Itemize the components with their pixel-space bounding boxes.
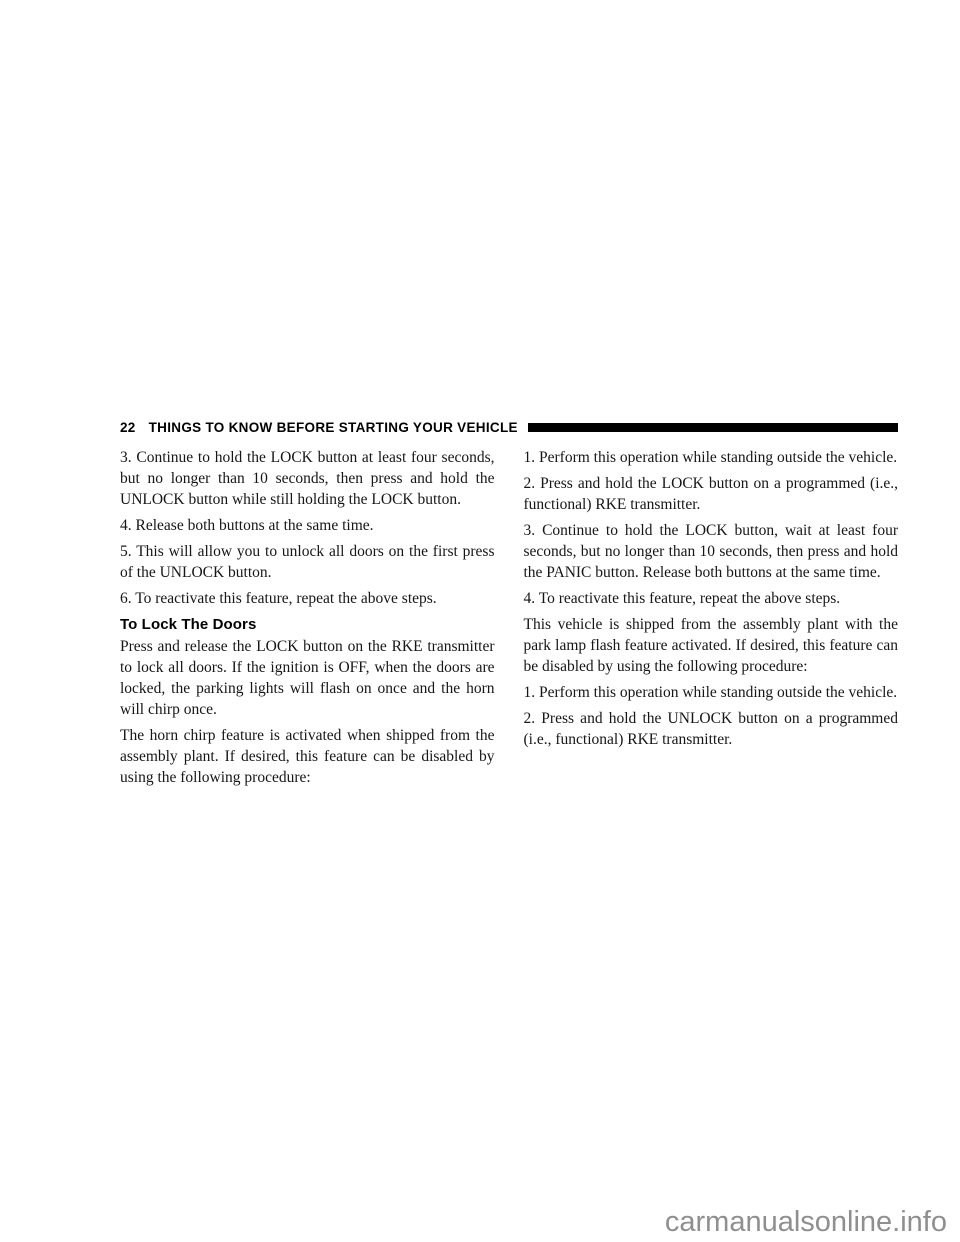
- procedure-step: 3. Continue to hold the LOCK button, wai…: [524, 520, 899, 583]
- header-rule-bar: [528, 423, 898, 432]
- procedure-step: 2. Press and hold the LOCK button on a p…: [524, 473, 899, 515]
- page-number: 22: [120, 420, 136, 435]
- body-paragraph: The horn chirp feature is activated when…: [120, 725, 495, 788]
- procedure-step: 4. Release both buttons at the same time…: [120, 515, 495, 536]
- watermark-text: carmanualsonline.info: [665, 1207, 947, 1239]
- text-columns: 3. Continue to hold the LOCK button at l…: [120, 447, 898, 793]
- procedure-step: 2. Press and hold the UNLOCK button on a…: [524, 708, 899, 750]
- procedure-step: 1. Perform this operation while standing…: [524, 682, 899, 703]
- procedure-step: 5. This will allow you to unlock all doo…: [120, 541, 495, 583]
- right-column: 1. Perform this operation while standing…: [524, 447, 899, 793]
- body-paragraph: This vehicle is shipped from the assembl…: [524, 614, 899, 677]
- running-header: 22 THINGS TO KNOW BEFORE STARTING YOUR V…: [120, 420, 898, 434]
- procedure-step: 4. To reactivate this feature, repeat th…: [524, 588, 899, 609]
- section-heading: To Lock The Doors: [120, 614, 495, 635]
- manual-page: 22 THINGS TO KNOW BEFORE STARTING YOUR V…: [0, 0, 960, 1242]
- section-title: THINGS TO KNOW BEFORE STARTING YOUR VEHI…: [149, 420, 518, 435]
- procedure-step: 1. Perform this operation while standing…: [524, 447, 899, 468]
- left-column: 3. Continue to hold the LOCK button at l…: [120, 447, 495, 793]
- body-paragraph: Press and release the LOCK button on the…: [120, 636, 495, 720]
- procedure-step: 6. To reactivate this feature, repeat th…: [120, 588, 495, 609]
- procedure-step: 3. Continue to hold the LOCK button at l…: [120, 447, 495, 510]
